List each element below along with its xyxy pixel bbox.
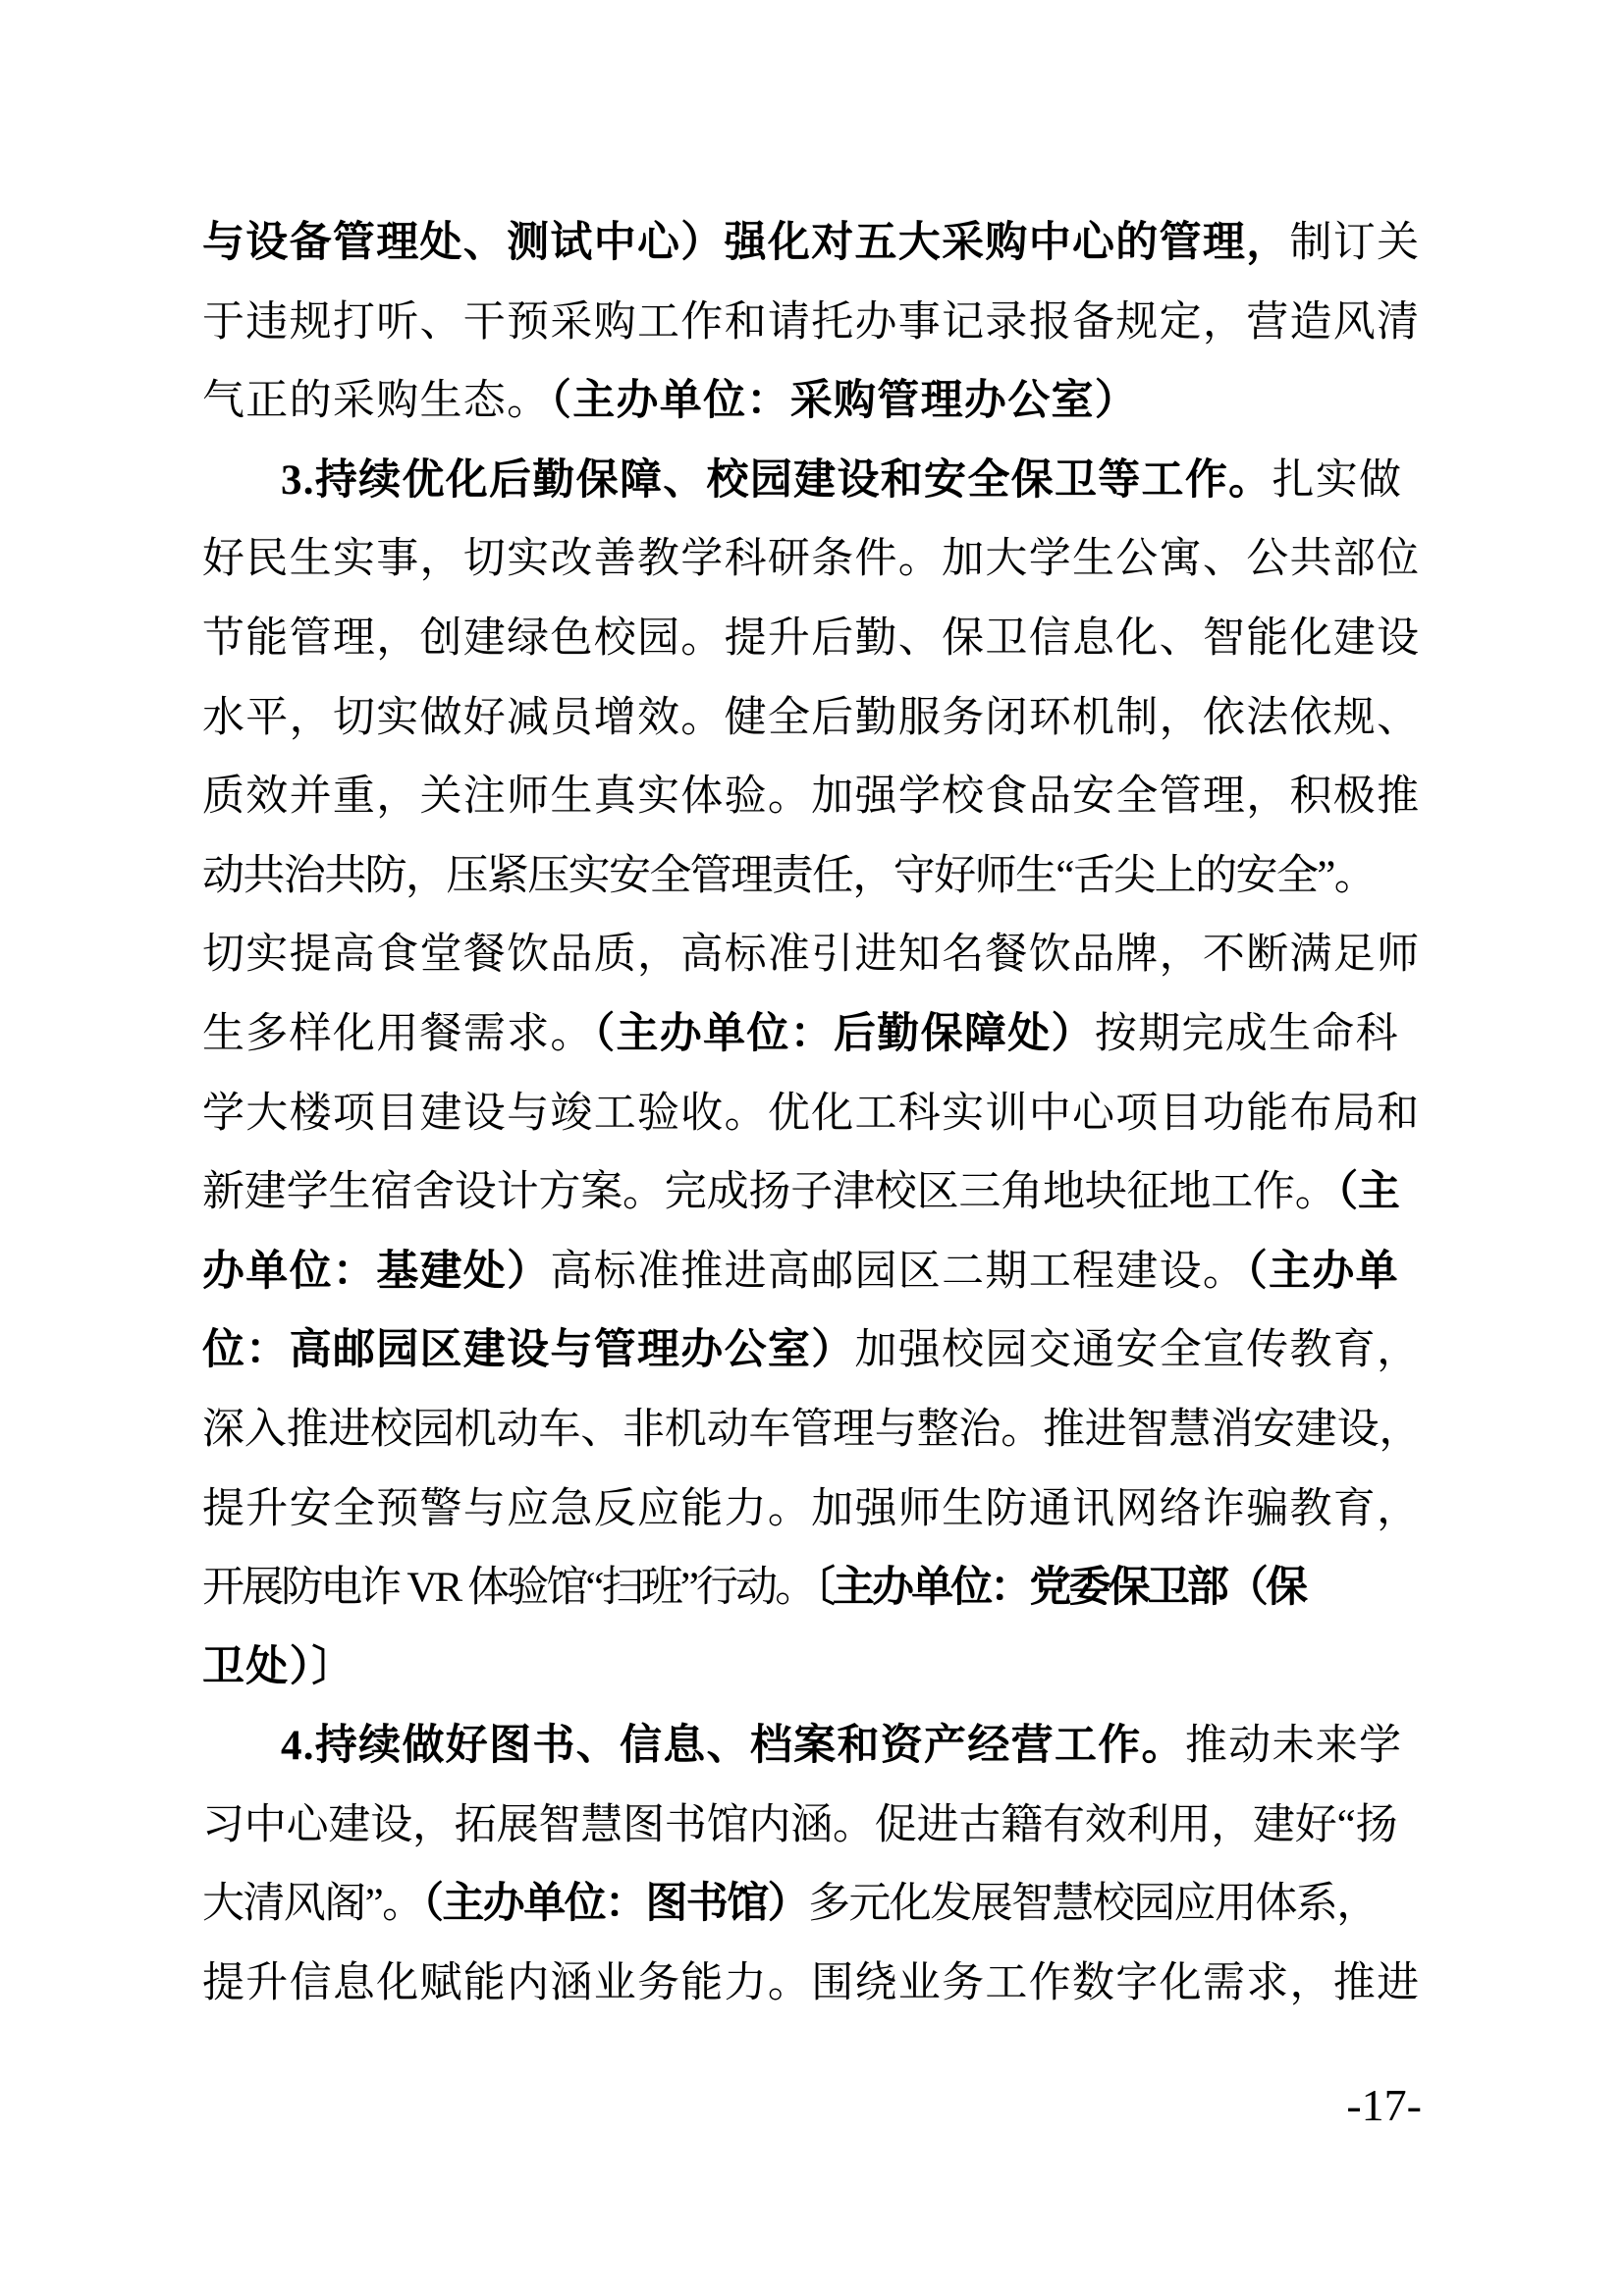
bold-text-run: 与设备管理处、测试中心）强化对五大采购中心的管理， [202,220,1290,266]
bold-text-run: 4.持续做好图书、信息、档案和资产经营工作。 [281,1723,1185,1769]
text-run: 动共治共防，压紧压实安全管理责任，守好师生“舌尖上的安全”。 [202,853,1375,899]
text-line: 水平，切实做好减员增效。健全后勤服务闭环机制，依法依规、 [202,679,1422,759]
text-line: 开展防电诈 VR 体验馆“扫班”行动。〔主办单位：党委保卫部（保 [202,1549,1422,1629]
text-run: 制订关 [1290,220,1421,266]
text-run: 推动未来学 [1185,1723,1403,1769]
text-run: 提升安全预警与应急反应能力。加强师生防通讯网络诈骗教育， [202,1486,1420,1532]
text-run: 高标准推进高邮园区二期工程建设。 [550,1249,1246,1295]
text-line: 与设备管理处、测试中心）强化对五大采购中心的管理，制订关 [202,204,1422,284]
text-line: 于违规打听、干预采购工作和请托办事记录报备规定，营造风清 [202,284,1422,363]
bold-text-run: （主办单位：图书馆） [423,1881,809,1927]
text-run: 提升信息化赋能内涵业务能力。围绕业务工作数字化需求，推进 [202,1960,1420,2006]
bold-text-run: （主 [1337,1169,1400,1215]
text-line: 办单位：基建处）高标准推进高邮园区二期工程建设。（主办单 [202,1233,1422,1312]
text-line: 节能管理，创建绿色校园。提升后勤、保卫信息化、智能化建设 [202,600,1422,679]
text-run: 开展防电诈 VR 体验馆“扫班”行动。 [202,1565,814,1611]
text-line: 新建学生宿舍设计方案。完成扬子津校区三角地块征地工作。（主 [202,1153,1422,1233]
text-line: 4.持续做好图书、信息、档案和资产经营工作。推动未来学 [202,1707,1422,1787]
text-line: 位：高邮园区建设与管理办公室）加强校园交通安全宣传教育， [202,1311,1422,1391]
text-run: 切实提高食堂餐饮品质，高标准引进知名餐饮品牌，不断满足师 [202,932,1420,978]
text-run: 好民生实事，切实改善教学科研条件。加大学生公寓、公共部位 [202,536,1420,582]
text-line: 切实提高食堂餐饮品质，高标准引进知名餐饮品牌，不断满足师 [202,916,1422,995]
text-run: 气正的采购生态。 [202,378,550,424]
bold-text-run: （主办单位：后勤保障处） [594,1011,1095,1057]
text-run: 于违规打听、干预采购工作和请托办事记录报备规定，营造风清 [202,299,1420,346]
text-line: 3.持续优化后勤保障、校园建设和安全保卫等工作。扎实做 [202,442,1422,521]
text-line: 生多样化用餐需求。（主办单位：后勤保障处）按期完成生命科 [202,995,1422,1075]
text-run: 新建学生宿舍设计方案。完成扬子津校区三角地块征地工作。 [202,1169,1337,1215]
text-run: 节能管理，创建绿色校园。提升后勤、保卫信息化、智能化建设 [202,615,1420,662]
text-run: 扎实做 [1272,457,1402,504]
text-line: 好民生实事，切实改善教学科研条件。加大学生公寓、公共部位 [202,520,1422,600]
text-run: 按期完成生命科 [1095,1011,1399,1057]
text-line: 卫处）〕 [202,1629,1422,1708]
text-line: 动共治共防，压紧压实安全管理责任，守好师生“舌尖上的安全”。 [202,837,1422,917]
text-run: 习中心建设，拓展智慧图书馆内涵。促进古籍有效利用，建好“扬 [202,1802,1397,1848]
document-body: 与设备管理处、测试中心）强化对五大采购中心的管理，制订关于违规打听、干预采购工作… [202,204,1422,2024]
text-line: 深入推进校园机动车、非机动车管理与整治。推进智慧消安建设， [202,1391,1422,1470]
bold-text-run: （主办单 [1246,1249,1399,1295]
bold-text-run: 3.持续优化后勤保障、校园建设和安全保卫等工作。 [281,457,1272,504]
bold-text-run: （主办单位：采购管理办公室） [550,378,1138,424]
bold-text-run: 办单位：基建处） [202,1249,550,1295]
bold-text-run: 位：高邮园区建设与管理办公室） [202,1327,855,1373]
text-line: 大清风阁”。（主办单位：图书馆）多元化发展智慧校园应用体系， [202,1865,1422,1945]
text-run: 加强校园交通安全宣传教育， [855,1327,1421,1373]
text-line: 提升信息化赋能内涵业务能力。围绕业务工作数字化需求，推进 [202,1945,1422,2024]
text-line: 提升安全预警与应急反应能力。加强师生防通讯网络诈骗教育， [202,1470,1422,1550]
page-number: -17- [1127,2081,1422,2130]
text-run: 水平，切实做好减员增效。健全后勤服务闭环机制，依法依规、 [202,695,1420,741]
text-run: 质效并重，关注师生真实体验。加强学校食品安全管理，积极推 [202,774,1420,820]
text-run: 深入推进校园机动车、非机动车管理与整治。推进智慧消安建设， [202,1407,1421,1453]
text-run: 学大楼项目建设与竣工验收。优化工科实训中心项目功能布局和 [202,1091,1420,1137]
bold-text-run: 卫处）〕 [202,1644,355,1690]
text-line: 学大楼项目建设与竣工验收。优化工科实训中心项目功能布局和 [202,1075,1422,1154]
text-run: 生多样化用餐需求。 [202,1011,594,1057]
text-line: 气正的采购生态。（主办单位：采购管理办公室） [202,362,1422,442]
text-line: 质效并重，关注师生真实体验。加强学校食品安全管理，积极推 [202,758,1422,837]
bold-text-run: 〔主办单位：党委保卫部（保 [814,1565,1305,1611]
text-run: 大清风阁”。 [202,1881,423,1927]
document-page: 与设备管理处、测试中心）强化对五大采购中心的管理，制订关于违规打听、干预采购工作… [0,0,1624,2296]
text-run: 多元化发展智慧校园应用体系， [808,1881,1378,1927]
text-line: 习中心建设，拓展智慧图书馆内涵。促进古籍有效利用，建好“扬 [202,1787,1422,1866]
